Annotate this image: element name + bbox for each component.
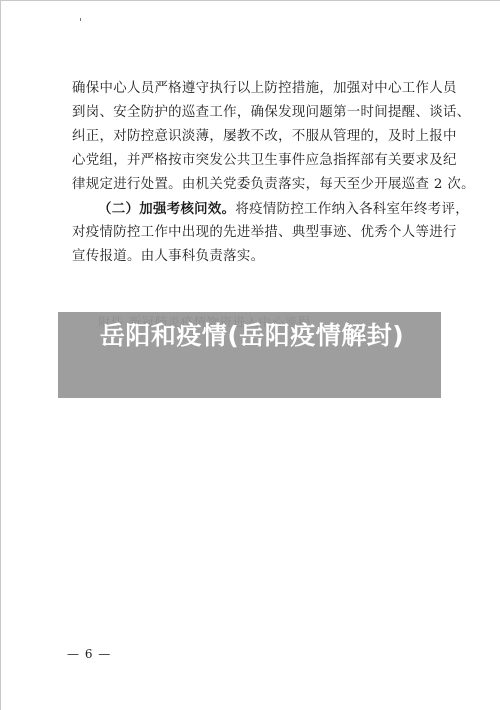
section-two-text: 将疫情防控工作纳入各科室年终考评， [235, 202, 469, 217]
section-two-heading: （二）加强考核问效。 [98, 201, 235, 217]
section-two-first-line: （二）加强考核问效。将疫情防控工作纳入各科室年终考评， [72, 197, 444, 221]
paragraph-line: 心党组，并严格按市突发公共卫生事件应急指挥部有关要求及纪 [72, 149, 444, 173]
overlay-title: 岳阳和疫情(岳阳疫情解封) [62, 318, 442, 354]
paragraph-line: 到岗、安全防护的巡查工作，确保发现问题第一时间提醒、谈话、 [72, 101, 444, 125]
scan-mark [80, 18, 81, 21]
paragraph-line: 对疫情防控工作中出现的先进举措、典型事迹、优秀个人等进行 [72, 221, 444, 245]
paragraph-line: 宣传报道。由人事科负责落实。 [72, 245, 444, 269]
paragraph-line: 纠正，对防控意识淡薄，屡教不改，不服从管理的，及时上报中 [72, 125, 444, 149]
paragraph-line: 律规定进行处置。由机关党委负责落实，每天至少开展巡查 2 次。 [72, 173, 444, 197]
paragraph-line: 确保中心人员严格遵守执行以上防控措施，加强对中心工作人员 [72, 77, 444, 101]
document-body: 确保中心人员严格遵守执行以上防控措施，加强对中心工作人员 到岗、安全防护的巡查工… [72, 77, 444, 269]
page-number: — 6 — [67, 647, 111, 661]
